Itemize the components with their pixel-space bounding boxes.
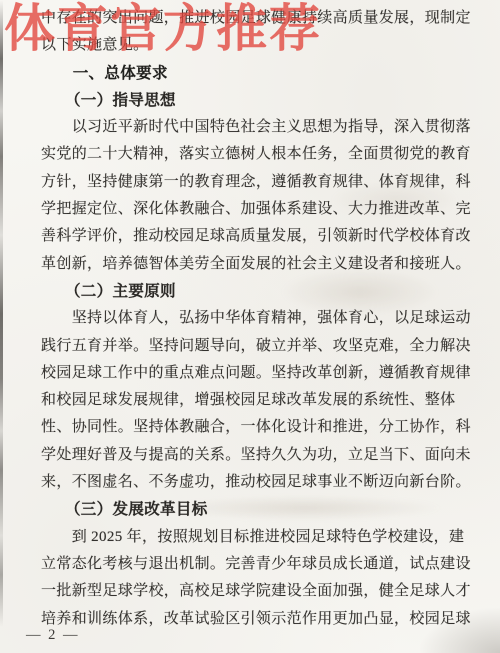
- text-line: 坚持以体育人，弘扬中华体育精神，强体育心，以足球运动: [41, 305, 465, 332]
- document-body: 中存在的突出问题，推进校园足球健康持续高质量发展，现制定以下实施意见。 一、总体…: [41, 5, 465, 633]
- text-line: 以下实施意见。: [41, 32, 465, 59]
- scanned-document-page: 中存在的突出问题，推进校园足球健康持续高质量发展，现制定以下实施意见。 一、总体…: [0, 0, 500, 653]
- text-line: 以习近平新时代中国特色社会主义思想为指导，深入贯彻落: [41, 114, 465, 141]
- text-line: 革创新，培养德智体美劳全面发展的社会主义建设者和接班人。: [41, 251, 465, 278]
- scan-edge-artifact: [0, 0, 3, 653]
- text-line: （二）主要原则: [41, 278, 465, 305]
- text-line: 学处理好普及与提高的关系。坚持久久为功，立足当下、面向未: [41, 442, 465, 469]
- text-line: （三）发展改革目标: [41, 496, 465, 523]
- text-line: 培养和训练体系，改革试验区引领示范作用更加凸显，校园足球: [41, 606, 465, 633]
- text-line: 来，不图虚名、不务虚功，推动校园足球事业不断迈向新台阶。: [41, 469, 465, 496]
- text-line: 立常态化考核与退出机制。完善青少年球员成长通道，试点建设: [41, 551, 465, 578]
- text-line: 践行五育并举。坚持问题导向，破立并举、攻坚克难，全力解决: [41, 333, 465, 360]
- text-line: 和校园足球发展规律，增强校园足球改革发展的系统性、整体: [41, 387, 465, 414]
- text-line: 性、协同性。坚持体教融合，一体化设计和推进，分工协作，科: [41, 414, 465, 441]
- text-line: （一）指导思想: [41, 87, 465, 114]
- text-line: 校园足球工作中的重点难点问题。坚持改革创新，遵循教育规律: [41, 360, 465, 387]
- text-line: 方针，坚持健康第一的教育理念，遵循教育规律、体育规律，科: [41, 169, 465, 196]
- text-line: 中存在的突出问题，推进校园足球健康持续高质量发展，现制定: [41, 5, 465, 32]
- text-line: 善科学评价，推动校园足球高质量发展，引领新时代学校体育改: [41, 223, 465, 250]
- text-line: 一、总体要求: [41, 60, 465, 87]
- text-line: 一批新型足球学校，高校足球学院建设全面加强，健全足球人才: [41, 578, 465, 605]
- page-number: — 2 —: [26, 627, 80, 644]
- text-line: 学把握定位、深化体教融合、加强体系建设、大力推进改革、完: [41, 196, 465, 223]
- text-line: 到 2025 年，按照规划目标推进校园足球特色学校建设，建: [41, 524, 465, 551]
- text-line: 实党的二十大精神，落实立德树人根本任务，全面贯彻党的教育: [41, 141, 465, 168]
